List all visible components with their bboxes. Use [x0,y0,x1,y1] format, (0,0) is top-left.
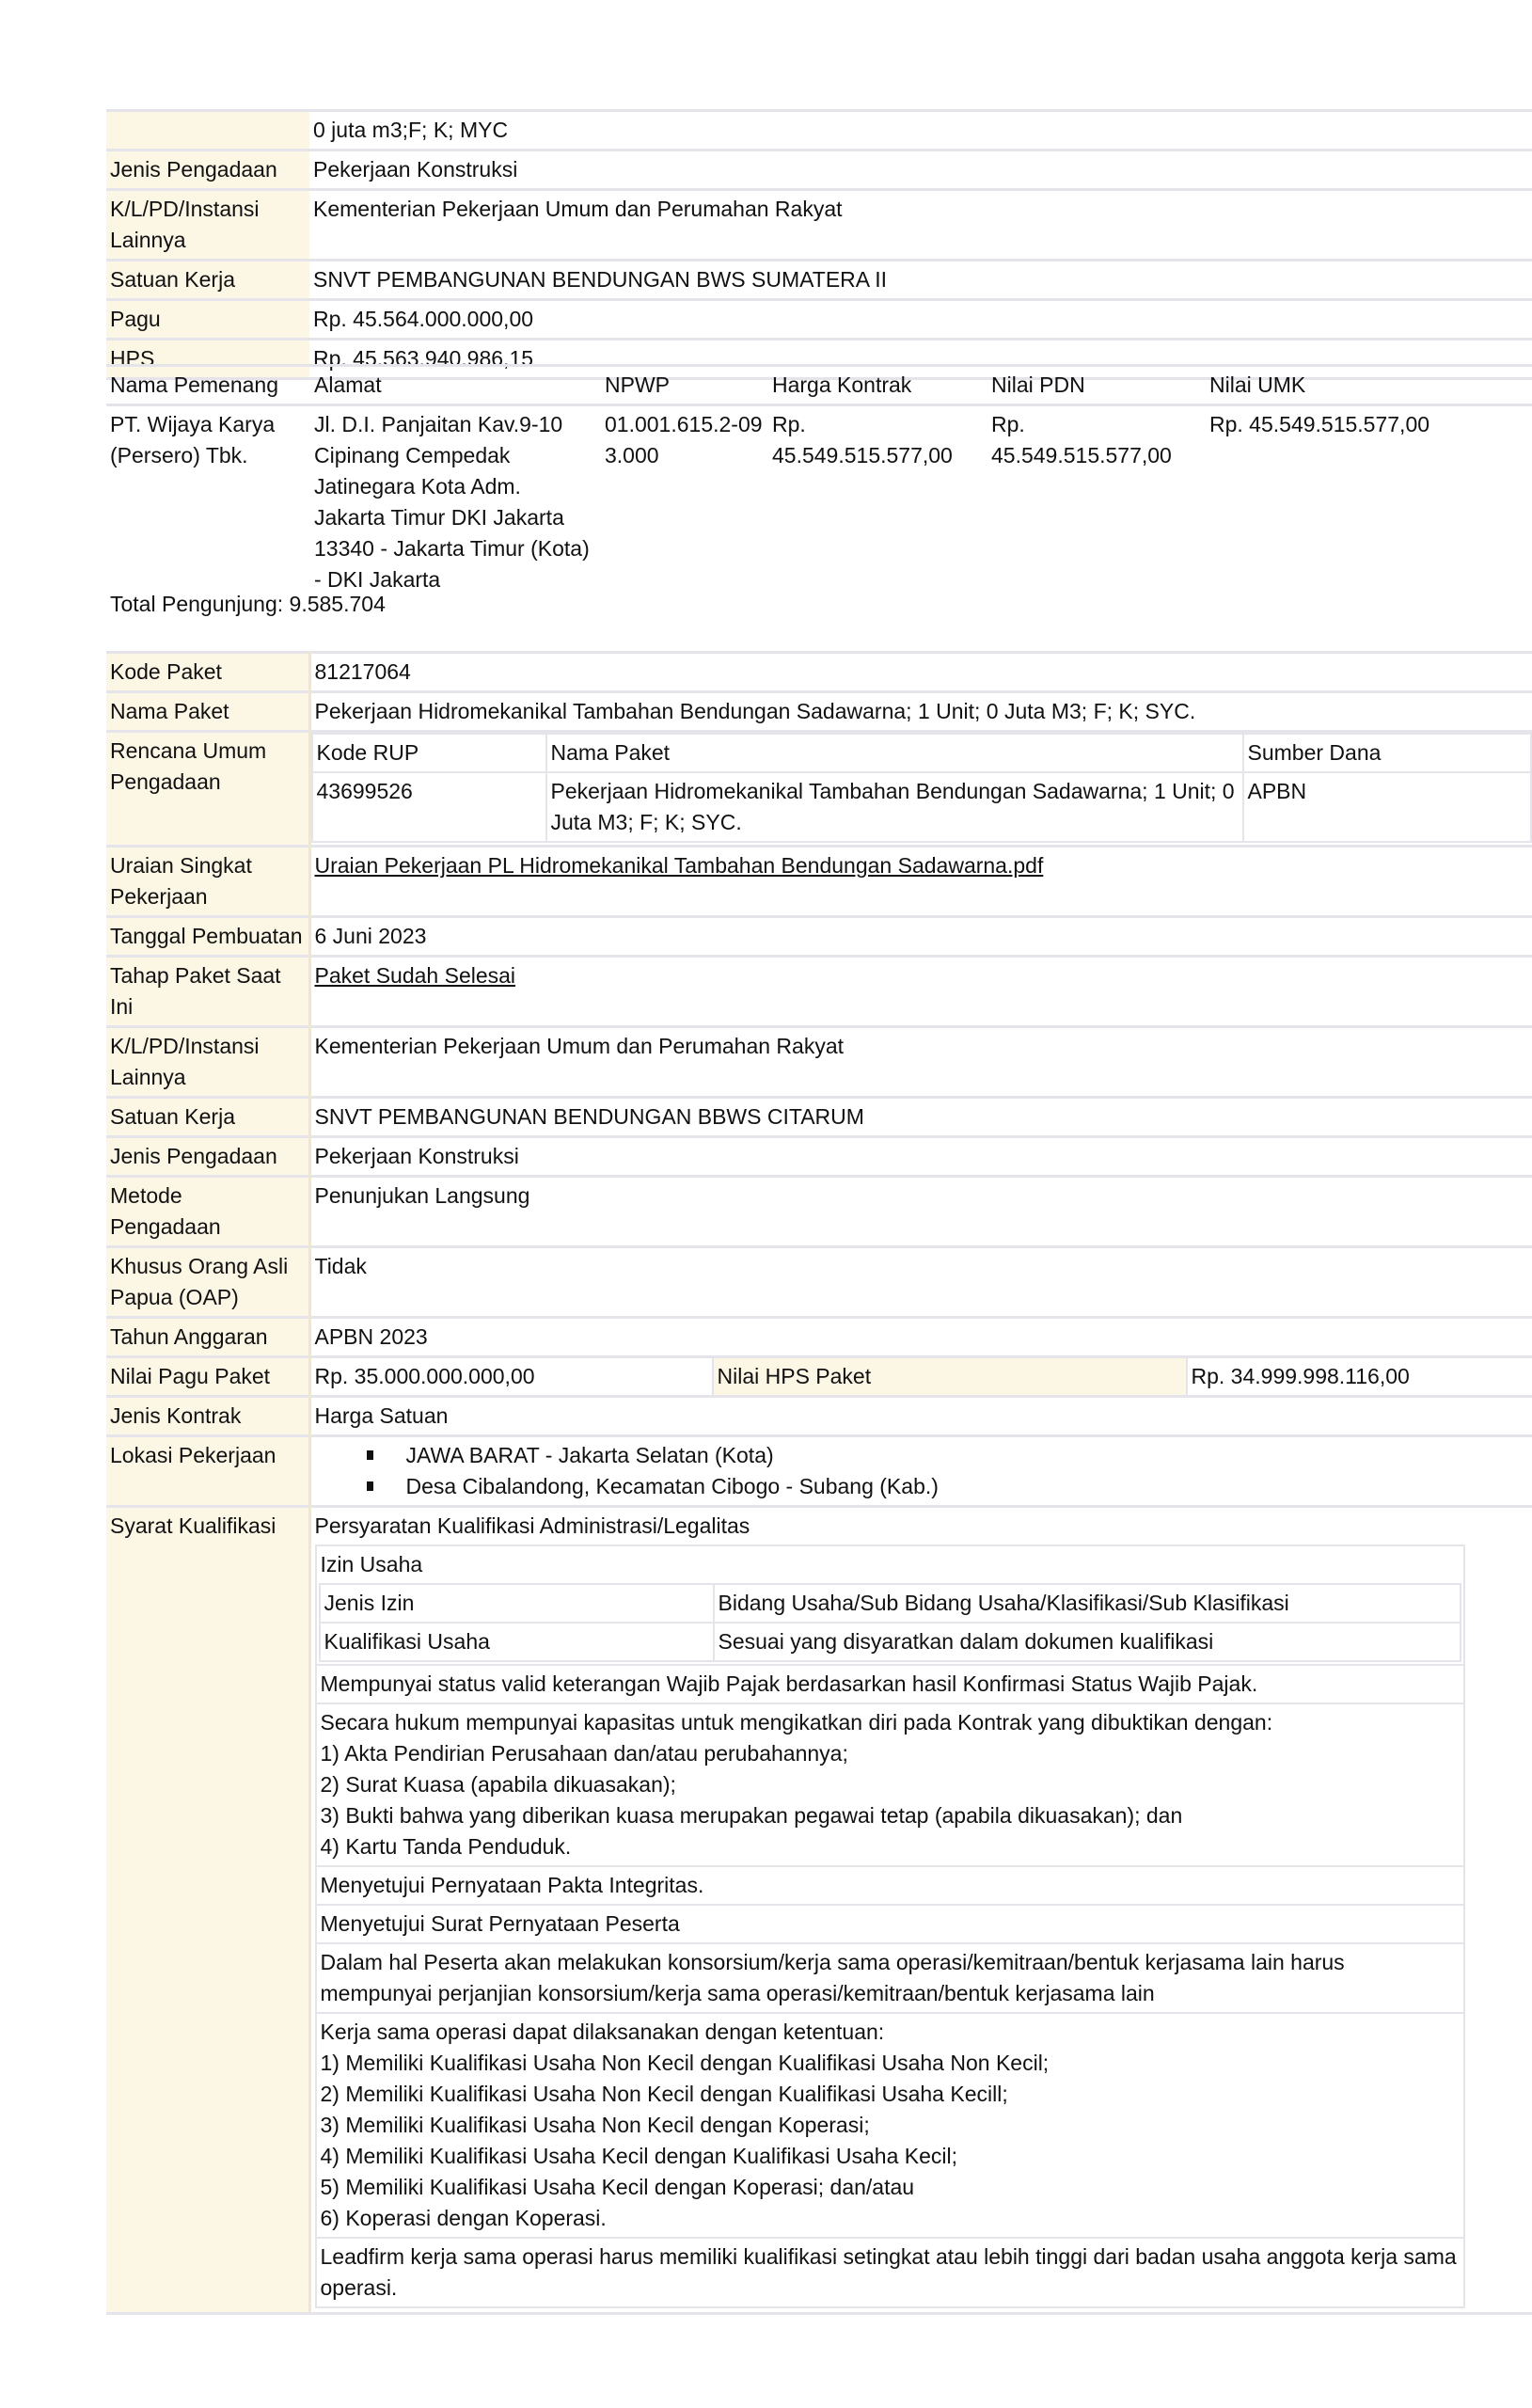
row-tahap: Tahap Paket Saat Ini Paket Sudah Selesai [106,957,1532,1027]
winner-npwp: 01.001.615.2-093.000 [601,405,768,599]
row-label: Jenis Pengadaan [106,150,309,190]
metode-label: Metode Pengadaan [106,1177,309,1247]
syarat-item: Menyetujui Pernyataan Pakta Integritas. [316,1866,1464,1905]
syarat-item: Menyetujui Surat Pernyataan Peserta [316,1905,1464,1943]
row-label: K/L/PD/Instansi Lainnya [106,190,309,261]
visitor-count: Total Pengunjung: 9.585.704 [110,589,386,620]
izin-row: Jenis Izin Bidang Usaha/Sub Bidang Usaha… [320,1584,1461,1623]
row-instansi: K/L/PD/Instansi Lainnya Kementerian Peke… [106,1027,1532,1098]
hps-label: Nilai HPS Paket [713,1358,1187,1395]
row-oap: Khusus Orang Asli Papua (OAP) Tidak [106,1247,1532,1318]
row-value: SNVT PEMBANGUNAN BENDUNGAN BWS SUMATERA … [309,261,1532,300]
kode-paket-value: 81217064 [309,653,1532,692]
row-tanggal: Tanggal Pembuatan 6 Juni 2023 [106,917,1532,957]
row-value: Pekerjaan Konstruksi [309,150,1532,190]
izin-usaha-table: Jenis Izin Bidang Usaha/Sub Bidang Usaha… [319,1583,1461,1662]
row-value: 0 juta m3;F; K; MYC [309,111,1532,150]
visitor-count-value: 9.585.704 [290,592,386,616]
table-row: Pagu Rp. 45.564.000.000,00 [106,300,1532,340]
rup-kode: 43699526 [312,772,546,842]
header-nilai-umk: Nilai UMK [1206,366,1532,405]
syarat-heading: Persyaratan Kualifikasi Administrasi/Leg… [315,1511,1530,1542]
visitor-count-label: Total Pengunjung: [110,592,283,616]
row-value: Rp. 45.564.000.000,00 [309,300,1532,340]
tahap-label: Tahap Paket Saat Ini [106,957,309,1027]
rup-row: 43699526 Pekerjaan Hidromekanikal Tambah… [312,772,1532,842]
syarat-item: Leadfirm kerja sama operasi harus memili… [316,2238,1464,2307]
rup-nama: Pekerjaan Hidromekanikal Tambahan Bendun… [546,772,1243,842]
table-row: Jenis Pengadaan Pekerjaan Konstruksi [106,150,1532,190]
kode-paket-label: Kode Paket [106,653,309,692]
table-row: K/L/PD/Instansi Lainnya Kementerian Peke… [106,190,1532,261]
izin-value: Sesuai yang disyaratkan dalam dokumen ku… [714,1623,1461,1661]
syarat-table: Izin Usaha Jenis Izin Bidang Usaha/Sub B… [315,1545,1465,2308]
row-label: Pagu [106,300,309,340]
row-jenis-pengadaan: Jenis Pengadaan Pekerjaan Konstruksi [106,1137,1532,1177]
lokasi-item: JAWA BARAT - Jakarta Selatan (Kota) [315,1440,1530,1471]
tahun-anggaran-value: APBN 2023 [309,1318,1532,1357]
header-nama-pemenang: Nama Pemenang [106,366,310,405]
row-label [106,111,309,150]
tanggal-label: Tanggal Pembuatan [106,917,309,957]
lokasi-list: JAWA BARAT - Jakarta Selatan (Kota) Desa… [315,1440,1530,1502]
winner-nilai-pdn: Rp. 45.549.515.577,00 [987,405,1206,599]
header-npwp: NPWP [601,366,768,405]
syarat-item: Secara hukum mempunyai kapasitas untuk m… [316,1703,1464,1866]
izin-usaha-row: Izin Usaha Jenis Izin Bidang Usaha/Sub B… [316,1545,1464,1665]
winner-address: Jl. D.I. Panjaitan Kav.9-10 Cipinang Cem… [310,405,601,599]
oap-label: Khusus Orang Asli Papua (OAP) [106,1247,309,1318]
rup-header-row: Kode RUP Nama Paket Sumber Dana [312,734,1532,772]
row-satuan-kerja: Satuan Kerja SNVT PEMBANGUNAN BENDUNGAN … [106,1098,1532,1137]
row-value: Kementerian Pekerjaan Umum dan Perumahan… [309,190,1532,261]
satuan-kerja-value: SNVT PEMBANGUNAN BENDUNGAN BBWS CITARUM [309,1098,1532,1137]
header-harga-kontrak: Harga Kontrak [768,366,987,405]
izin-key: Kualifikasi Usaha [320,1623,714,1661]
winner-harga-kontrak: Rp. 45.549.515.577,00 [768,405,987,599]
winners-table: Nama Pemenang Alamat NPWP Harga Kontrak … [106,364,1532,598]
syarat-item: Dalam hal Peserta akan melakukan konsors… [316,1943,1464,2013]
row-syarat: Syarat Kualifikasi Persyaratan Kualifika… [106,1507,1532,2314]
uraian-label: Uraian Singkat Pekerjaan [106,847,309,917]
header-alamat: Alamat [310,366,601,405]
jenis-pengadaan-label: Jenis Pengadaan [106,1137,309,1177]
syarat-item: Mempunyai status valid keterangan Wajib … [316,1665,1464,1703]
rup-sumber: APBN [1243,772,1532,842]
table-row: 0 juta m3;F; K; MYC [106,111,1532,150]
jenis-kontrak-value: Harga Satuan [309,1397,1532,1436]
row-lokasi: Lokasi Pekerjaan JAWA BARAT - Jakarta Se… [106,1436,1532,1507]
satuan-kerja-label: Satuan Kerja [106,1098,309,1137]
metode-value: Penunjukan Langsung [309,1177,1532,1247]
rup-label: Rencana Umum Pengadaan [106,732,309,847]
izin-value: Bidang Usaha/Sub Bidang Usaha/Klasifikas… [714,1584,1461,1623]
tanggal-value: 6 Juni 2023 [309,917,1532,957]
row-pagu: Nilai Pagu Paket Rp. 35.000.000.000,00 N… [106,1357,1532,1397]
tahap-link[interactable]: Paket Sudah Selesai [315,963,516,988]
row-jenis-kontrak: Jenis Kontrak Harga Satuan [106,1397,1532,1436]
rup-header-nama: Nama Paket [546,734,1243,772]
izin-row: Kualifikasi Usaha Sesuai yang disyaratka… [320,1623,1461,1661]
rup-table: Kode RUP Nama Paket Sumber Dana 43699526… [311,733,1532,843]
jenis-kontrak-label: Jenis Kontrak [106,1397,309,1436]
header-nilai-pdn: Nilai PDN [987,366,1206,405]
winner-row: PT. Wijaya Karya (Persero) Tbk. Jl. D.I.… [106,405,1532,599]
izin-key: Jenis Izin [320,1584,714,1623]
rup-header-sumber: Sumber Dana [1243,734,1532,772]
row-rencana-umum: Rencana Umum Pengadaan Kode RUP Nama Pak… [106,732,1532,847]
hps-value: Rp. 34.999.998.116,00 [1187,1358,1532,1395]
syarat-item: Kerja sama operasi dapat dilaksanakan de… [316,2013,1464,2238]
row-metode: Metode Pengadaan Penunjukan Langsung [106,1177,1532,1247]
row-kode-paket: Kode Paket 81217064 [106,653,1532,692]
rup-header-kode: Kode RUP [312,734,546,772]
winner-nilai-umk: Rp. 45.549.515.577,00 [1206,405,1532,599]
row-label: Satuan Kerja [106,261,309,300]
jenis-pengadaan-value: Pekerjaan Konstruksi [309,1137,1532,1177]
lokasi-item: Desa Cibalandong, Kecamatan Cibogo - Sub… [315,1471,1530,1502]
row-tahun-anggaran: Tahun Anggaran APBN 2023 [106,1318,1532,1357]
uraian-pdf-link[interactable]: Uraian Pekerjaan PL Hidromekanikal Tamba… [315,853,1044,878]
instansi-value: Kementerian Pekerjaan Umum dan Perumahan… [309,1027,1532,1098]
nama-paket-label: Nama Paket [106,692,309,732]
winner-name: PT. Wijaya Karya (Persero) Tbk. [106,405,310,599]
nama-paket-value: Pekerjaan Hidromekanikal Tambahan Bendun… [309,692,1532,732]
oap-value: Tidak [309,1247,1532,1318]
pagu-value: Rp. 35.000.000.000,00 [311,1358,713,1395]
package-detail-table: Kode Paket 81217064 Nama Paket Pekerjaan… [106,651,1532,2315]
lokasi-label: Lokasi Pekerjaan [106,1436,309,1507]
izin-usaha-title: Izin Usaha [319,1548,1461,1583]
previous-package-table: 0 juta m3;F; K; MYC Jenis Pengadaan Peke… [106,109,1532,380]
row-uraian: Uraian Singkat Pekerjaan Uraian Pekerjaa… [106,847,1532,917]
instansi-label: K/L/PD/Instansi Lainnya [106,1027,309,1098]
syarat-label: Syarat Kualifikasi [106,1507,309,2314]
pagu-label: Nilai Pagu Paket [106,1357,309,1397]
row-nama-paket: Nama Paket Pekerjaan Hidromekanikal Tamb… [106,692,1532,732]
table-row: Satuan Kerja SNVT PEMBANGUNAN BENDUNGAN … [106,261,1532,300]
winners-header-row: Nama Pemenang Alamat NPWP Harga Kontrak … [106,366,1532,405]
tahun-anggaran-label: Tahun Anggaran [106,1318,309,1357]
